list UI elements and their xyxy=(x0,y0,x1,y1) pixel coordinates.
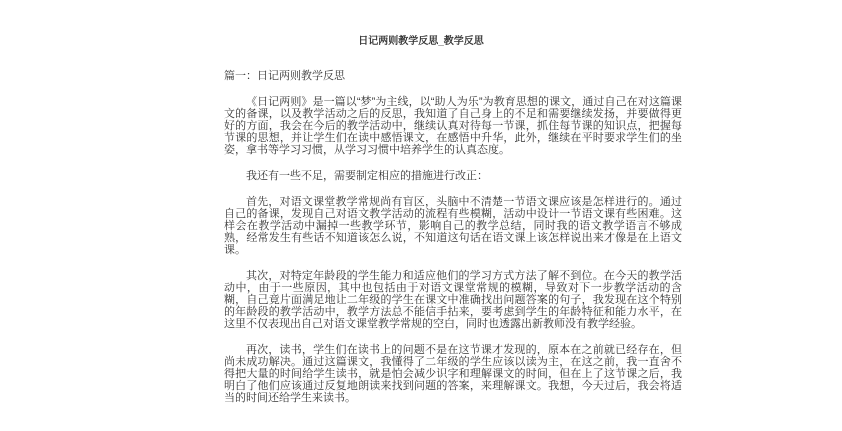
paragraph: 其次，对特定年龄段的学生能力和适应他们的学习方式方法了解不到位。在今天的教学活动… xyxy=(224,270,682,330)
paragraph: 我还有一些不足，需要制定相应的措施进行改正： xyxy=(224,170,682,182)
paragraph: 首先，对语文课堂教学常规尚有盲区，头脑中不清楚一节语文课应该是怎样进行的。通过自… xyxy=(224,196,682,256)
document-body: 篇一：日记两则教学反思《日记两则》是一篇以“梦”为主线，以“助人为乐”为教育思想… xyxy=(224,70,682,404)
section-heading: 篇一：日记两则教学反思 xyxy=(224,70,682,82)
paragraph: 《日记两则》是一篇以“梦”为主线，以“助人为乐”为教育思想的课文，通过自己在对这… xyxy=(224,96,682,156)
document-title: 日记两则教学反思_教学反思 xyxy=(0,36,842,48)
paragraph: 再次，读书，学生们在读书上的问题不是在这节课才发现的，原本在之前就已经存在，但尚… xyxy=(224,344,682,404)
document-page: 日记两则教学反思_教学反思 篇一：日记两则教学反思《日记两则》是一篇以“梦”为主… xyxy=(0,0,842,431)
